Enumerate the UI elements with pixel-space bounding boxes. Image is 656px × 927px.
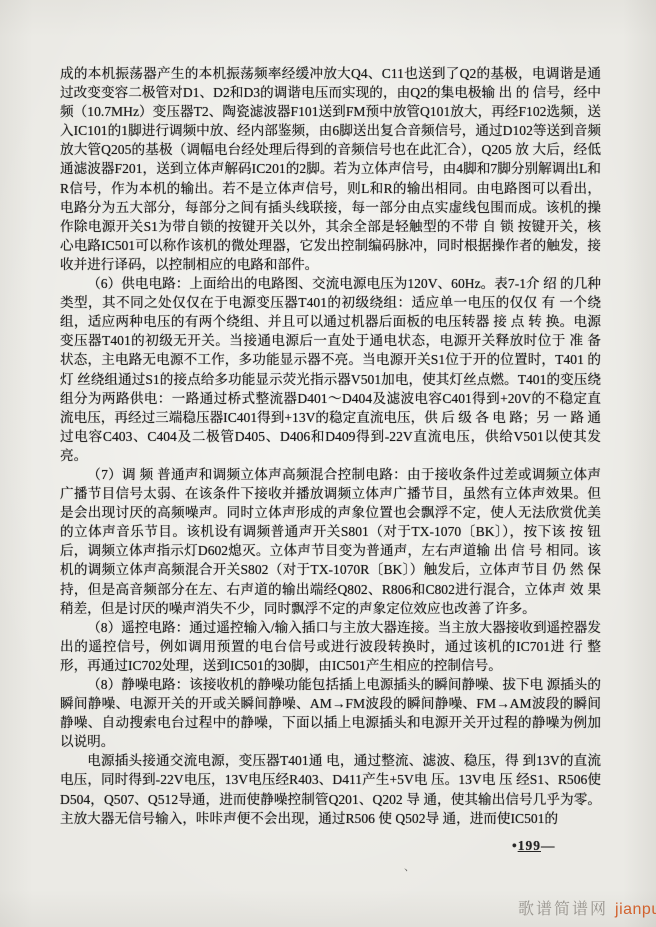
paragraph-power-supply: （6）供电电路：上面给出的电路图、交流电源电压为120V、60Hz。表7-1介 …	[60, 274, 601, 465]
watermark: 歌谱简谱网jianpu.cn	[518, 896, 656, 919]
paragraph-remote-control: （8）遥控电路：通过遥控输入/输入插口与主放大器连接。当主放大器接收到遥控器发出…	[60, 618, 601, 675]
scanned-book-page: 成的本机振荡器产生的本机振荡频率经缓冲放大Q4、C11也送到了Q2的基极，电调谐…	[0, 0, 656, 927]
watermark-site-name: 歌谱简谱网	[518, 901, 608, 918]
page-number-value: 199	[518, 838, 541, 853]
paragraph-continued: 成的本机振荡器产生的本机振荡频率经缓冲放大Q4、C11也送到了Q2的基极，电调谐…	[60, 64, 601, 274]
paragraph-muting-circuit: （8）静噪电路：该接收机的静噪功能包括插上电源插头的瞬间静噪、拔下电 源插头的瞬…	[60, 675, 601, 751]
watermark-site-url: jianpu.cn	[615, 901, 656, 918]
page-number: •199—	[512, 838, 555, 854]
paragraph-fm-mix-control: （7）调 频 普通声和调频立体声高频混合控制电路：由于接收条件过差或调频立体声广…	[60, 465, 601, 618]
body-text: 成的本机振荡器产生的本机振荡频率经缓冲放大Q4、C11也送到了Q2的基极，电调谐…	[60, 64, 601, 828]
page-number-dash: —	[541, 838, 556, 853]
paragraph-power-on-muting: 电源插头接通交流电源，变压器T401通 电，通过整流、滤波、稳压，得 到13V的…	[60, 751, 601, 827]
scan-speck: 、	[404, 862, 415, 873]
